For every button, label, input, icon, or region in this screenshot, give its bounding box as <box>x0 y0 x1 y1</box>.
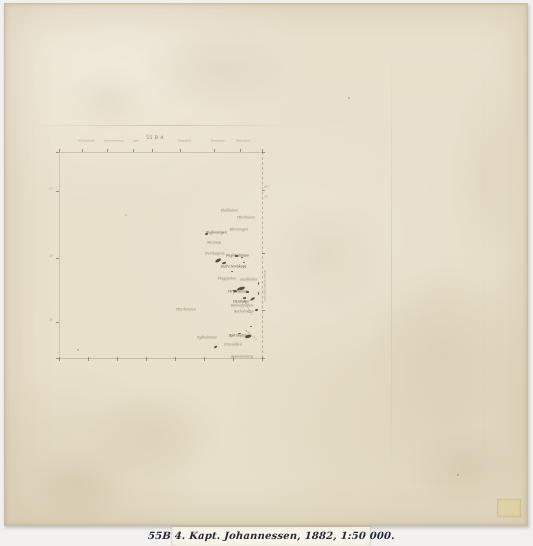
place-label: Fuglesangen <box>206 231 227 234</box>
place-label: Rotholmane <box>234 310 254 313</box>
water-name-label: Smeerenburgfjorden <box>263 270 266 302</box>
frame-tick <box>59 149 60 152</box>
scanned-map-page: 55 B 4 NorskøyaneSmeerenburgamtSørgattet… <box>0 0 533 546</box>
place-label: Smeerenburg <box>231 355 253 358</box>
place-label: Klovningen <box>230 228 248 231</box>
map-layer: 55 B 4 NorskøyaneSmeerenburgamtSørgattet… <box>0 0 533 546</box>
graticule-label: 10' <box>264 196 268 199</box>
island-mark <box>215 258 221 263</box>
margin-label: Biskayarh. <box>236 140 251 143</box>
place-label: Indre Norskøya <box>221 265 246 268</box>
sheet-number-label: 55 B 4 <box>146 136 164 141</box>
frame-tick <box>262 358 265 359</box>
frame-tick <box>180 149 181 152</box>
frame-tick <box>88 357 89 361</box>
map-frame-top <box>59 152 263 153</box>
place-label: Fladhuken <box>221 209 238 212</box>
place-label: Kobbefjorden <box>231 304 253 307</box>
place-label: Ytterhuken <box>237 216 255 219</box>
island-mark <box>235 255 238 257</box>
island-mark <box>255 309 258 311</box>
margin-label: Smeerenburg <box>104 140 123 143</box>
margin-label: Danskøya <box>211 140 225 143</box>
frame-tick <box>117 357 118 361</box>
frame-tick <box>262 310 265 311</box>
frame-tick <box>56 258 59 259</box>
frame-tick <box>262 190 265 191</box>
frame-tick <box>146 357 147 361</box>
island-mark <box>258 292 259 295</box>
frame-tick <box>107 149 108 152</box>
graticule-label: 20' <box>49 255 53 258</box>
margin-label: Norskøyane <box>78 140 95 143</box>
place-label: Virgohamna <box>228 290 248 293</box>
island-mark <box>243 262 245 263</box>
frame-tick <box>262 253 265 254</box>
map-frame-left <box>59 152 60 358</box>
place-label: Sandbukta <box>240 278 257 281</box>
graticule-label: 10' <box>49 188 53 191</box>
island-mark <box>243 297 246 299</box>
place-label: Moseøya <box>207 241 221 244</box>
place-label: Sydholmane <box>197 336 217 339</box>
island-mark <box>246 291 249 293</box>
frame-tick <box>175 357 176 361</box>
island-mark <box>250 326 252 327</box>
margin-label: Sørgattet <box>178 140 191 143</box>
frame-tick <box>240 149 241 152</box>
caption-label: 55B 4. Kapt. Johannessen, 1882, 1:50 000… <box>172 527 370 546</box>
island-mark <box>258 282 259 285</box>
island-mark <box>241 257 243 258</box>
island-mark <box>205 233 208 235</box>
caption-text: 55B 4. Kapt. Johannessen, 1882, 1:50 000… <box>147 531 395 542</box>
island-mark <box>238 333 241 334</box>
island-mark <box>250 297 255 301</box>
frame-tick <box>56 322 59 323</box>
frame-tick <box>214 149 215 152</box>
frame-tick <box>82 149 83 152</box>
frame-tick <box>262 152 265 153</box>
graticule-label: 30' <box>49 319 53 322</box>
frame-tick <box>56 152 59 153</box>
frame-tick <box>56 191 59 192</box>
island-mark <box>231 271 233 272</box>
frame-tick <box>152 149 153 152</box>
island-mark <box>245 334 251 338</box>
graticule-label: 80° <box>264 186 269 189</box>
place-label: Gravodden <box>224 343 242 346</box>
place-label: Flagpynten <box>218 277 236 280</box>
margin-label: amt <box>133 140 138 143</box>
place-label: Ytterholmen <box>176 308 196 311</box>
place-label: Norskøyane <box>205 252 224 255</box>
frame-tick <box>133 149 134 152</box>
frame-tick <box>204 357 205 361</box>
frame-tick <box>56 358 59 359</box>
map-frame-right <box>262 152 263 358</box>
island-mark <box>214 345 217 348</box>
frame-tick <box>59 357 60 361</box>
